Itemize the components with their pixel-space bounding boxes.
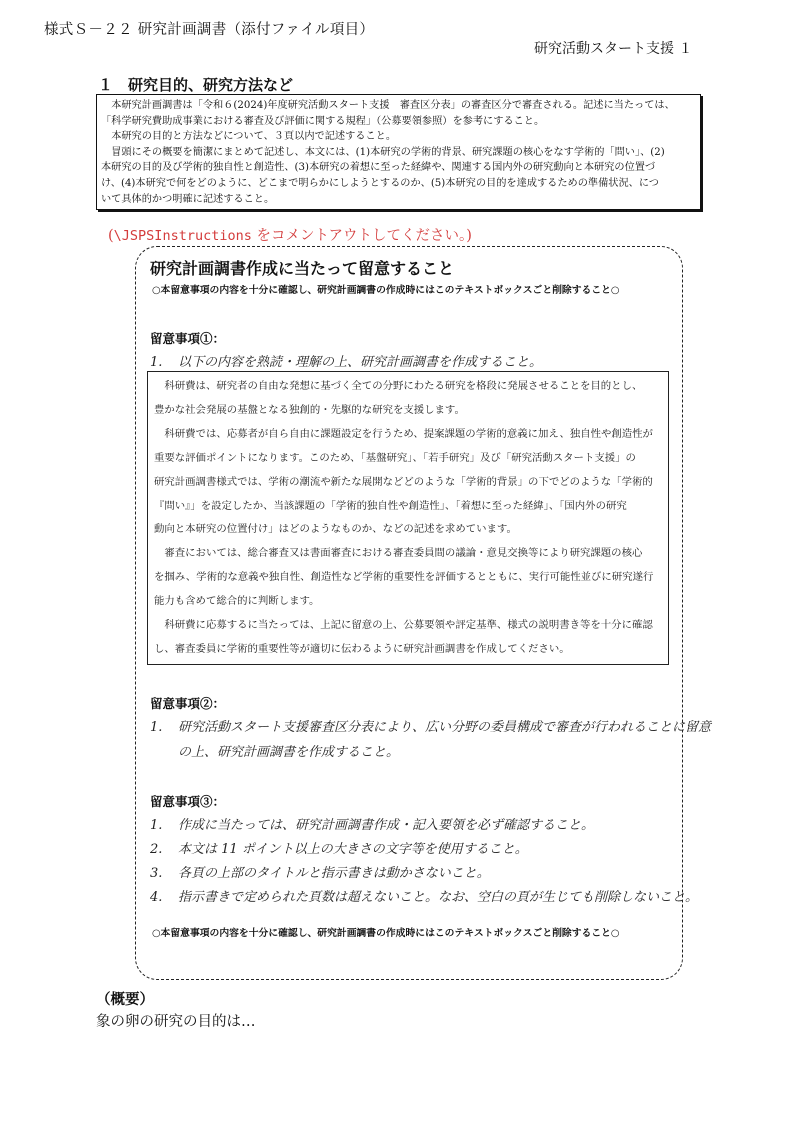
red-note-command: \JSPSInstructions [114, 228, 252, 244]
delete-notice-top: ○本留意事項の内容を十分に確認し、研究計画調書の作成時にはこのテキストボックスご… [152, 282, 619, 296]
kaken-line: 科研費は、研究者の自由な発想に基づく全ての分野にわたる研究を格段に発展させること… [154, 375, 662, 399]
list-text: 以下の内容を熟読・理解の上、研究計画調書を作成すること。 [178, 355, 542, 370]
note-item-1-list-item: 1.以下の内容を熟読・理解の上、研究計画調書を作成すること。 [150, 351, 542, 370]
note-item-2-list-item: 1.研究活動スタート支援審査区分表により、広い分野の委員構成で審査が行われること… [150, 716, 711, 735]
list-text: 各頁の上部のタイトルと指示書きは動かさないこと。 [178, 866, 490, 881]
instruction-line: 冒頭にその概要を簡潔にまとめて記述し、本文には、(1)本研究の学術的背景、研究課… [101, 145, 696, 161]
list-text: 研究活動スタート支援審査区分表により、広い分野の委員構成で審査が行われることに留… [178, 720, 711, 735]
note-item-2-heading: 留意事項②： [150, 694, 225, 712]
kaken-line: 能力も含めて総合的に判断します。 [154, 590, 662, 614]
list-text: 作成に当たっては、研究計画調書作成・記入要領を必ず確認すること。 [178, 818, 594, 833]
list-text: 指示書きで定められた頁数は超えないこと。なお、空白の頁が生じても削除しないこと。 [178, 890, 698, 905]
kaken-line: を掴み、学術的な意義や独自性、創造性など学術的重要性を評価するとともに、実行可能… [154, 566, 662, 590]
kaken-line: 動向と本研究の位置付け」はどのようなものか、などの記述を求めています。 [154, 518, 662, 542]
kaken-line: し、審査委員に学術的重要性等が適切に伝わるように研究計画調書を作成してください。 [154, 638, 662, 662]
kakenhi-explanation-box: 科研費は、研究者の自由な発想に基づく全ての分野にわたる研究を格段に発展させること… [147, 371, 669, 665]
instruction-line: 本研究の目的及び学術的独自性と創造性、(3)本研究の着想に至った経緯や、関連する… [101, 160, 696, 176]
kaken-line: 『問い』」を設定したか、当該課題の「学術的独自性や創造性」、「着想に至った経緯」… [154, 495, 662, 519]
kaken-line: 審査においては、総合審査又は書面審査における審査委員間の議論・意見交換等により研… [154, 542, 662, 566]
note-item-3-list-item: 1.作成に当たっては、研究計画調書作成・記入要領を必ず確認すること。 [150, 814, 594, 833]
grant-category-label: 研究活動スタート支援 １ [534, 38, 692, 58]
comment-out-note: (\JSPSInstructions をコメントアウトしてください。) [108, 224, 472, 245]
note-item-3-list-item: 2.本文は 11 ポイント以上の大きさの文字等を使用すること。 [150, 838, 528, 857]
kaken-line: 重要な評価ポイントになります。このため、「基盤研究」、「若手研究」及び「研究活動… [154, 447, 662, 471]
kaken-line: 豊かな社会発展の基盤となる独創的・先駆的な研究を支援します。 [154, 399, 662, 423]
instruction-line: け、(4)本研究で何をどのように、どこまで明らかにしようとするのか、(5)本研究… [101, 176, 696, 192]
list-text: 本文は 11 ポイント以上の大きさの文字等を使用すること。 [178, 842, 528, 857]
note-item-3-list-item: 3.各頁の上部のタイトルと指示書きは動かさないこと。 [150, 862, 490, 881]
instruction-line: いて具体的かつ明確に記述すること。 [101, 192, 696, 208]
kaken-line: 科研費では、応募者が自ら自由に課題設定を行うため、提案課題の学術的意義に加え、独… [154, 423, 662, 447]
list-number: 1. [150, 720, 178, 735]
note-item-3-list-item: 4.指示書きで定められた頁数は超えないこと。なお、空白の頁が生じても削除しないこ… [150, 886, 698, 905]
kaken-line: 科研費に応募するに当たっては、上記に留意の上、公募要領や評定基準、様式の説明書き… [154, 614, 662, 638]
overview-body-text[interactable]: 象の卵の研究の目的は… [96, 1010, 256, 1031]
instruction-line: 「科学研究費助成事業における審査及び評価に関する規程」（公募要領参照）を参考にす… [101, 114, 696, 130]
list-number: 1. [150, 355, 178, 370]
delete-notice-bottom: ○本留意事項の内容を十分に確認し、研究計画調書の作成時にはこのテキストボックスご… [152, 925, 619, 939]
instruction-line: 本研究の目的と方法などについて、３頁以内で記述すること。 [101, 129, 696, 145]
section-title: １ 研究目的、研究方法など [98, 74, 293, 95]
instruction-line: 本研究計画調書は「令和６(2024)年度研究活動スタート支援 審査区分表」の審査… [101, 98, 696, 114]
notes-title: 研究計画調書作成に当たって留意すること [150, 256, 454, 279]
list-number: 4. [150, 890, 178, 905]
note-item-2-list-continuation: の上、研究計画調書を作成すること。 [178, 741, 399, 760]
instructions-box: 本研究計画調書は「令和６(2024)年度研究活動スタート支援 審査区分表」の審査… [96, 94, 701, 210]
kaken-line: 研究計画調書様式では、学術の潮流や新たな展開などどのような「学術的背景」の下でど… [154, 471, 662, 495]
list-number: 2. [150, 842, 178, 857]
list-number: 3. [150, 866, 178, 881]
form-id-header: 様式Ｓ－２２ 研究計画調書（添付ファイル項目） [44, 18, 374, 39]
note-item-1-heading: 留意事項①： [150, 329, 225, 347]
red-note-rest: をコメントアウトしてください。) [252, 228, 472, 244]
overview-label: （概要） [96, 988, 154, 1009]
note-item-3-heading: 留意事項③： [150, 792, 225, 810]
list-number: 1. [150, 818, 178, 833]
